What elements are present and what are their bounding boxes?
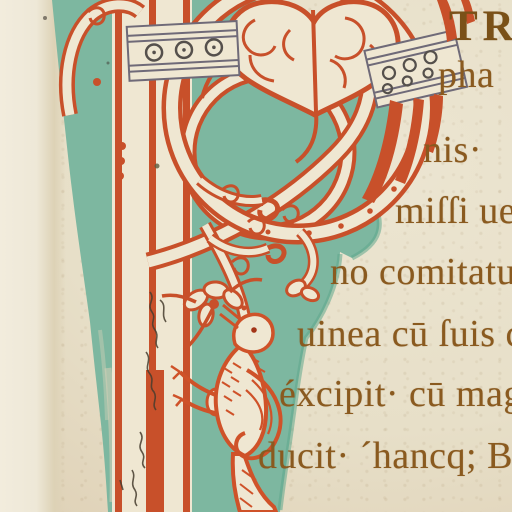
text-line: miſſi ue [395,191,512,233]
clasp-band-left [127,21,240,81]
text-line: TR [449,3,512,50]
text-line: pha [438,55,494,97]
text-line: no comitatu [330,252,512,294]
manuscript-page: TR pha nis· miſſi ue no comitatu uinea c… [0,0,512,512]
text-line: uinea cū ſuis co [297,314,512,356]
text-line: nis· [423,130,482,172]
text-line: ducit· ´hancq; B [258,436,512,478]
text-line: éxcipit· cū mag [279,374,512,416]
